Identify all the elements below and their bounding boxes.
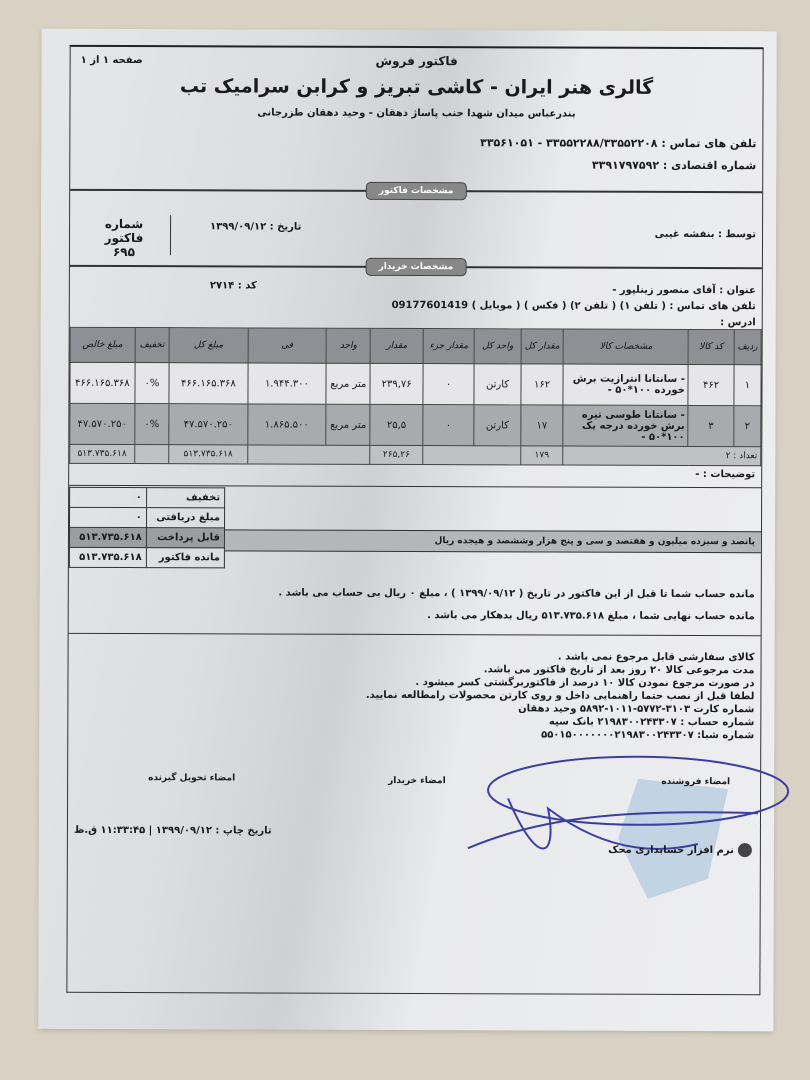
table-header-row: ردیف کد کالا مشخصات کالا مقدار کل واحد ک… bbox=[70, 327, 761, 364]
contacts-label: تلفن های تماس : bbox=[669, 301, 755, 312]
cell-gross: ۴۷.۵۷۰.۲۵۰ bbox=[169, 404, 248, 445]
stamp-icon bbox=[618, 779, 728, 899]
remarks: توضیحات : - bbox=[695, 469, 755, 480]
cell-net: ۴۶۶.۱۶۵.۳۶۸ bbox=[70, 362, 135, 403]
buyer-code: کد : ۲۷۱۴ bbox=[210, 280, 257, 291]
total-net: ۵۱۳.۷۳۵.۶۱۸ bbox=[70, 444, 135, 463]
summary-value: ۰ bbox=[70, 487, 147, 507]
cell-description: - سانتانا طوسی تیره برش خورده درجه یک ۱۰… bbox=[563, 405, 688, 446]
buyer-signature-label: امضاء خریدار bbox=[388, 776, 446, 786]
cell-partial-qty: ۰ bbox=[423, 405, 474, 446]
summary-row: مبلغ دریافتی ۰ bbox=[70, 507, 225, 528]
amount-in-words: پانصد و سیزده میلیون و هفتصد و سی و پنج … bbox=[225, 529, 761, 553]
company-phones: تلفن های تماس : ۳۳۵۵۲۲۸۸/۳۳۵۵۲۲۰۸ - ۳۳۵۶… bbox=[480, 136, 756, 150]
phones-value: ۳۳۵۵۲۲۸۸/۳۳۵۵۲۲۰۸ - ۳۳۵۶۱۰۵۱ bbox=[480, 136, 657, 150]
date-value: ۱۳۹۹/۰۹/۱۲ bbox=[210, 221, 266, 232]
table-row: ۲ ۳ - سانتانا طوسی تیره برش خورده درجه ی… bbox=[70, 403, 761, 446]
cell-unit: متر مربع bbox=[326, 404, 370, 445]
cell-total-qty: ۱۶۲ bbox=[521, 364, 564, 405]
cell-unit: متر مربع bbox=[326, 363, 370, 404]
term-line: مدت مرجوعی کالا ۲۰ روز بعد از تاریخ فاکت… bbox=[366, 663, 755, 677]
econ-label: شماره اقتصادی : bbox=[663, 159, 756, 172]
cell-quantity: ۲۵,۵ bbox=[370, 404, 423, 445]
term-line: شماره حساب : ۲۱۹۸۳۰۰۲۴۳۳۰۷ بانک سپه bbox=[366, 715, 755, 729]
software-credit: نرم افزار حسابداری محک bbox=[608, 843, 752, 858]
col-net: مبلغ خالص bbox=[70, 327, 135, 362]
buyer-address: ادرس : bbox=[720, 317, 756, 328]
by-value: بنفشه غیبی bbox=[655, 229, 715, 240]
col-unit: واحد bbox=[326, 328, 370, 363]
total-qty: ۱۷۹ bbox=[520, 446, 563, 465]
address-label: ادرس : bbox=[720, 317, 756, 328]
receiver-signature-label: امضاء تحویل گیرنده bbox=[148, 773, 235, 783]
col-total-qty: مقدار کل bbox=[521, 329, 564, 364]
item-count: تعداد : ۲ bbox=[563, 446, 761, 466]
cell-row: ۲ bbox=[734, 406, 761, 447]
company-name: گالری هنر ایران - کاشی تبریز و کرابن سرا… bbox=[71, 75, 763, 99]
col-unit-price: فی bbox=[248, 328, 327, 363]
summary-value: ۵۱۳.۷۳۵.۶۱۸ bbox=[69, 527, 146, 547]
cell-total-unit: کارتن bbox=[474, 364, 521, 405]
software-logo-icon bbox=[738, 843, 752, 857]
empty-cell bbox=[247, 445, 370, 464]
number-label: شماره فاکتور bbox=[84, 217, 164, 245]
col-row: ردیف bbox=[734, 330, 761, 365]
stamp-and-signature bbox=[448, 748, 769, 919]
total-quantity: ۲۶۵,۲۶ bbox=[370, 445, 423, 464]
term-line: لطفا قبل از نصب حتما راهنمایی داخل و روی… bbox=[366, 689, 755, 703]
cell-unit-price: ۱.۹۴۴.۳۰۰ bbox=[248, 363, 327, 404]
term-line: شماره شبا: ۵۵۰۱۵۰۰۰۰۰۰۰۲۱۹۸۳۰۰۲۴۳۳۰۷ bbox=[366, 728, 755, 742]
code-label: کد : bbox=[238, 280, 257, 291]
summary-row: تخفیف ۰ bbox=[70, 487, 225, 508]
print-date: تاریخ چاپ : ۱۳۹۹/۰۹/۱۲ | ۱۱:۳۳:۴۵ ق.ظ bbox=[74, 825, 272, 837]
number-value: ۶۹۵ bbox=[84, 245, 164, 259]
cell-description: - سانتانا انترازیت برش خورده ۱۰۰*۵۰ - bbox=[563, 364, 688, 405]
cell-total-qty: ۱۷ bbox=[520, 405, 563, 446]
summary-value: ۵۱۳.۷۳۵.۶۱۸ bbox=[69, 547, 146, 567]
final-balance: مانده حساب نهایی شما ، مبلغ ۵۱۳.۷۳۵.۶۱۸ … bbox=[427, 610, 755, 622]
term-line: کالای سفارشی قابل مرجوع نمی باشد . bbox=[366, 650, 755, 664]
name-value: آقای منصور زینلپور - bbox=[612, 285, 715, 296]
cell-total-unit: کارتن bbox=[474, 405, 521, 446]
summary-label: تخفیف bbox=[146, 488, 224, 508]
summary-row: قابل پرداخت ۵۱۳.۷۳۵.۶۱۸ bbox=[69, 527, 224, 548]
summary-value: ۰ bbox=[70, 507, 147, 527]
total-gross: ۵۱۳.۷۳۵.۶۱۸ bbox=[169, 445, 247, 464]
buyer-name: عنوان : آقای منصور زینلپور - bbox=[612, 285, 756, 297]
empty-cell bbox=[134, 445, 169, 464]
cell-discount: ۰% bbox=[135, 363, 170, 404]
software-name: نرم افزار حسابداری محک bbox=[608, 844, 734, 855]
summary-label: مبلغ دریافتی bbox=[146, 508, 224, 528]
items-table: ردیف کد کالا مشخصات کالا مقدار کل واحد ک… bbox=[69, 327, 761, 466]
buyer-section-title: مشخصات خریدار bbox=[366, 258, 467, 276]
col-code: کد کالا bbox=[688, 329, 734, 364]
invoice-paper: صفحه ۱ از ۱ فاکتور فروش گالری هنر ایران … bbox=[38, 29, 776, 1032]
totals-row: تعداد : ۲ ۱۷۹ ۲۶۵,۲۶ ۵۱۳.۷۳۵.۶۱۸ ۵۱۳.۷۳۵… bbox=[70, 444, 761, 465]
remarks-value: - bbox=[695, 469, 699, 480]
col-quantity: مقدار bbox=[370, 328, 423, 363]
term-line: در صورت مرجوع نمودن کالا ۱۰ درصد از فاکت… bbox=[366, 676, 755, 690]
invoice-section-title: مشخصات فاکتور bbox=[366, 182, 467, 200]
econ-value: ۳۳۹۱۷۹۷۵۹۲ bbox=[592, 159, 659, 172]
empty-cell bbox=[423, 446, 521, 465]
cell-row: ۱ bbox=[734, 365, 761, 406]
table-row: ۱ ۴۶۲ - سانتانا انترازیت برش خورده ۱۰۰*۵… bbox=[70, 362, 761, 405]
cell-gross: ۴۶۶.۱۶۵.۳۶۸ bbox=[169, 363, 248, 404]
contacts-value: ( تلفن ۱) ( تلفن ۲) ( فکس ) ( موبایل ) 0… bbox=[392, 300, 666, 312]
document-title: فاکتور فروش bbox=[71, 53, 763, 69]
col-total-unit: واحد کل bbox=[474, 329, 521, 364]
terms-list: کالای سفارشی قابل مرجوع نمی باشد . مدت م… bbox=[366, 650, 755, 742]
by-label: توسط : bbox=[718, 229, 756, 240]
cell-unit-price: ۱.۸۶۵.۵۰۰ bbox=[247, 404, 326, 445]
divider bbox=[69, 633, 761, 636]
cell-discount: ۰% bbox=[134, 404, 169, 445]
remarks-label: توضیحات : bbox=[703, 469, 755, 480]
invoice-number: شماره فاکتور ۶۹۵ bbox=[84, 217, 164, 259]
buyer-contacts: تلفن های تماس : ( تلفن ۱) ( تلفن ۲) ( فک… bbox=[392, 300, 756, 312]
col-discount: تخفیف bbox=[135, 328, 170, 363]
phones-label: تلفن های تماس : bbox=[661, 137, 756, 150]
summary-label: قابل پرداخت bbox=[146, 528, 224, 548]
col-gross: مبلغ کل bbox=[169, 328, 247, 363]
cell-partial-qty: ۰ bbox=[423, 364, 474, 405]
summary-table: تخفیف ۰ مبلغ دریافتی ۰ قابل پرداخت ۵۱۳.۷… bbox=[69, 487, 225, 569]
summary-row: مانده فاکتور ۵۱۳.۷۳۵.۶۱۸ bbox=[69, 547, 224, 568]
previous-balance: مانده حساب شما تا قبل از این فاکتور در ت… bbox=[278, 588, 754, 601]
company-address: بندرعباس میدان شهدا جنب پاساژ دهقان - وح… bbox=[70, 107, 762, 120]
term-line: شماره کارت ۳۱۰۳-۵۷۷۲-۱۰۱۱-۵۸۹۲ وحید دهقا… bbox=[366, 702, 755, 716]
invoice-frame: صفحه ۱ از ۱ فاکتور فروش گالری هنر ایران … bbox=[66, 45, 763, 995]
economic-number: شماره اقتصادی : ۳۳۹۱۷۹۷۵۹۲ bbox=[592, 159, 756, 173]
invoice-date: تاریخ : ۱۳۹۹/۰۹/۱۲ bbox=[210, 221, 301, 232]
cell-quantity: ۲۳۹,۷۶ bbox=[370, 363, 423, 404]
cell-code: ۴۶۲ bbox=[688, 364, 734, 405]
summary-label: مانده فاکتور bbox=[146, 548, 224, 568]
divider bbox=[170, 215, 171, 255]
name-label: عنوان : bbox=[719, 285, 756, 296]
code-value: ۲۷۱۴ bbox=[210, 280, 234, 291]
cell-code: ۳ bbox=[688, 405, 734, 446]
issued-by: توسط : بنفشه غیبی bbox=[655, 229, 756, 240]
cell-net: ۴۷.۵۷۰.۲۵۰ bbox=[70, 403, 135, 444]
col-description: مشخصات کالا bbox=[563, 329, 688, 364]
col-partial-qty: مقدار جزء bbox=[423, 329, 474, 364]
seller-signature-label: امضاء فروشنده bbox=[661, 777, 730, 787]
date-label: تاریخ : bbox=[270, 222, 302, 233]
